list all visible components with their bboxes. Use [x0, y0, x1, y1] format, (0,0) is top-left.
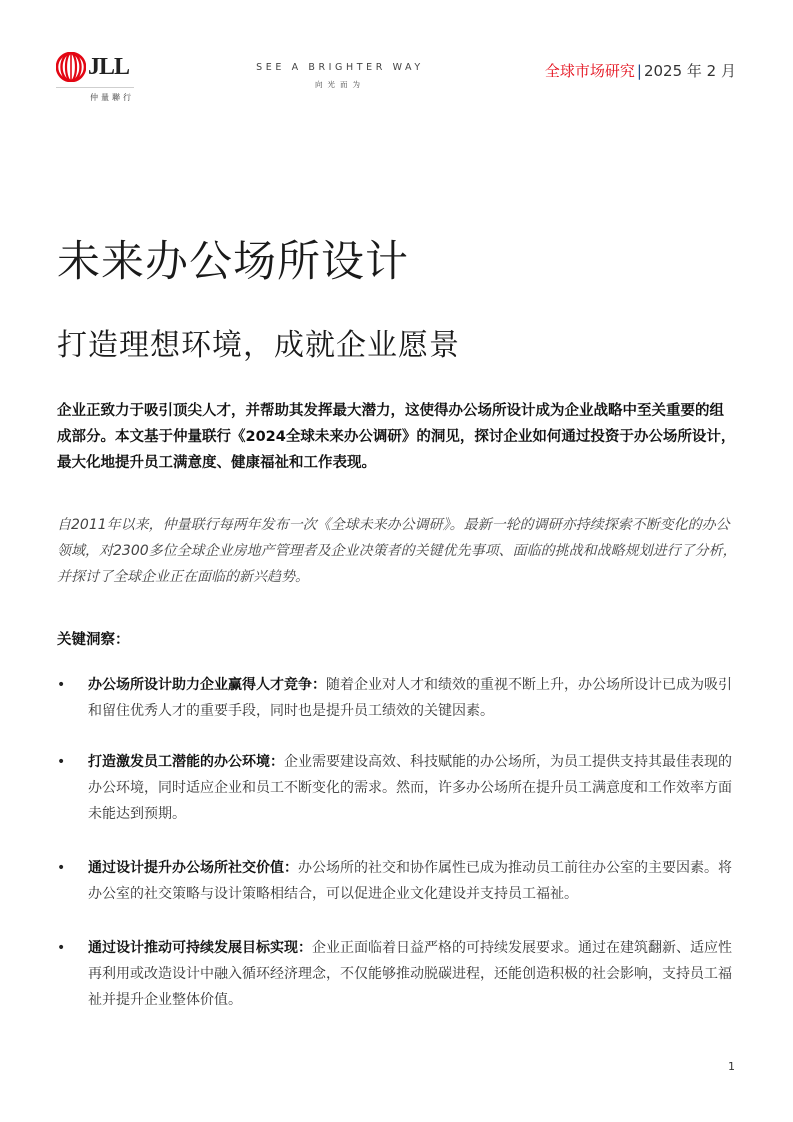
report-meta: 全球市场研究|2025 年 2 月 [545, 60, 736, 81]
meta-separator: | [637, 62, 642, 80]
insight-lead: 办公场所设计助力企业赢得人才竞争： [88, 677, 326, 693]
insight-body: 打造激发员工潜能的办公环境：企业需要建设高效、科技赋能的办公场所，为员工提供支持… [88, 749, 737, 827]
tagline-chinese: 向光而为 [240, 79, 440, 90]
insight-item: • 通过设计推动可持续发展目标实现：企业正面临着日益严格的可持续发展要求。通过在… [57, 935, 737, 1013]
insights-heading: 关键洞察： [57, 628, 130, 649]
jll-logo: JLL 仲量聯行 [56, 52, 136, 103]
bullet-icon: • [57, 672, 88, 724]
report-date: 2025 年 2 月 [644, 62, 736, 80]
insight-lead: 通过设计提升办公场所社交价值： [88, 860, 298, 876]
insight-lead: 通过设计推动可持续发展目标实现： [88, 940, 312, 956]
bullet-icon: • [57, 855, 88, 907]
insight-item: • 办公场所设计助力企业赢得人才竞争：随着企业对人才和绩效的重视不断上升，办公场… [57, 672, 737, 724]
insight-body: 通过设计提升办公场所社交价值：办公场所的社交和协作属性已成为推动员工前往办公室的… [88, 855, 737, 907]
logo-chinese-name: 仲量聯行 [56, 92, 134, 103]
logo-brand: JLL [88, 52, 129, 82]
insight-body: 办公场所设计助力企业赢得人才竞争：随着企业对人才和绩效的重视不断上升，办公场所设… [88, 672, 737, 724]
insight-lead: 打造激发员工潜能的办公环境： [88, 754, 284, 770]
insight-item: • 通过设计提升办公场所社交价值：办公场所的社交和协作属性已成为推动员工前往办公… [57, 855, 737, 907]
page-title: 未来办公场所设计 [57, 228, 409, 289]
context-paragraph: 自2011年以来，仲量联行每两年发布一次《全球未来办公调研》。最新一轮的调研亦持… [57, 512, 737, 590]
jll-mark-icon [56, 52, 86, 82]
tagline: SEE A BRIGHTER WAY 向光而为 [240, 62, 440, 90]
insight-body: 通过设计推动可持续发展目标实现：企业正面临着日益严格的可持续发展要求。通过在建筑… [88, 935, 737, 1013]
intro-paragraph: 企业正致力于吸引顶尖人才，并帮助其发挥最大潜力，这使得办公场所设计成为企业战略中… [57, 398, 737, 476]
report-category: 全球市场研究 [545, 62, 635, 80]
bullet-icon: • [57, 749, 88, 827]
tagline-english: SEE A BRIGHTER WAY [240, 62, 440, 73]
page-subtitle: 打造理想环境，成就企业愿景 [57, 320, 460, 364]
page-number: 1 [728, 1060, 735, 1073]
insight-item: • 打造激发员工潜能的办公环境：企业需要建设高效、科技赋能的办公场所，为员工提供… [57, 749, 737, 827]
bullet-icon: • [57, 935, 88, 1013]
logo-divider [56, 87, 134, 88]
